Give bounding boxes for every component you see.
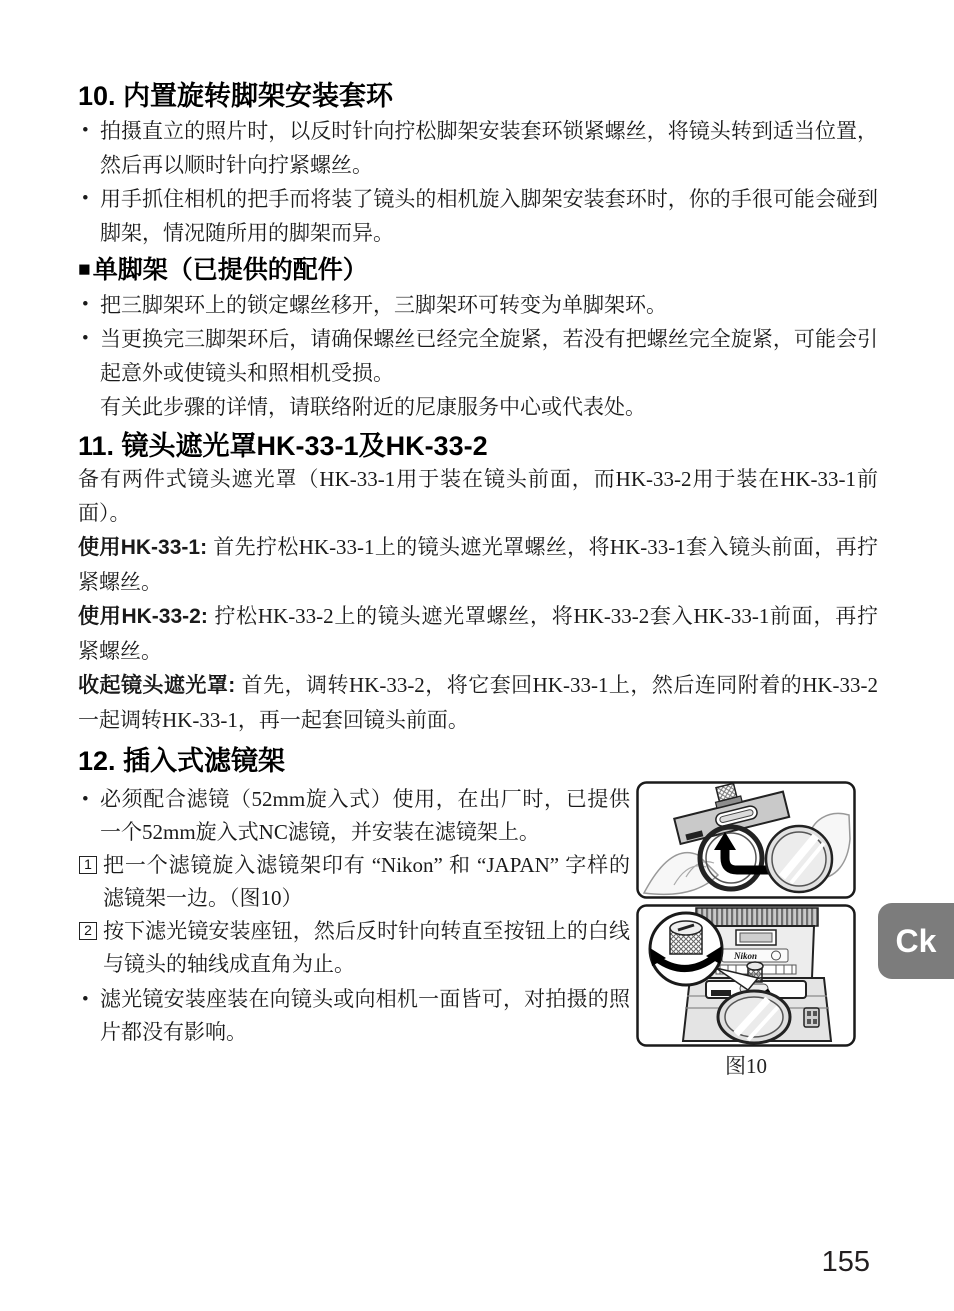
- section-11-stow: 收起镜头遮光罩: 首先，调转HK-33-2，将它套回HK-33-1上，然后连同附…: [78, 668, 878, 737]
- lens-filter-slot-illustration: Nikon: [636, 904, 856, 1047]
- bullet-icon: •: [82, 983, 89, 1016]
- list-item-text: 拍摄直立的照片时，以反时针向拧松脚架安装套环锁紧螺丝，将镜头转到适当位置，然后再…: [100, 119, 878, 177]
- figure-caption: 图10: [636, 1053, 856, 1079]
- section-12-list-bottom: • 滤光镜安装座装在向镜头或向相机一面皆可，对拍摄的照片都没有影响。: [78, 983, 630, 1049]
- list-item: • 必须配合滤镜（52mm旋入式）使用，在出厂时，已提供一个52mm旋入式NC滤…: [78, 783, 630, 849]
- chapter-tab-ck: Ck: [878, 903, 954, 979]
- figure-10-column: Nikon: [636, 781, 856, 1079]
- step-1-number-box: 1: [79, 856, 97, 874]
- section-10-heading: 10. 内置旋转脚架安装套环: [78, 80, 878, 112]
- square-bullet-icon: ■: [78, 254, 91, 286]
- bullet-icon: •: [82, 114, 89, 148]
- list-item: • 当更换完三脚架环后，请确保螺丝已经完全旋紧，若没有把螺丝完全旋紧，可能会引起…: [78, 322, 878, 390]
- numbered-step-2: 2 按下滤光镜安装座钮，然后反时针向转直至按钮上的白线与镜头的轴线成直角为止。: [78, 915, 630, 981]
- page-number: 155: [822, 1246, 870, 1278]
- list-item: • 用手抓住相机的把手而将装了镜头的相机旋入脚架安装套环时，你的手很可能会碰到脚…: [78, 182, 878, 250]
- monopod-list: • 把三脚架环上的锁定螺丝移开，三脚架环可转变为单脚架环。 • 当更换完三脚架环…: [78, 288, 878, 390]
- nikon-brand-label: Nikon: [733, 951, 757, 961]
- section-12-list-top: • 必须配合滤镜（52mm旋入式）使用，在出厂时，已提供一个52mm旋入式NC滤…: [78, 783, 630, 849]
- list-item-text: 当更换完三脚架环后，请确保螺丝已经完全旋紧，若没有把螺丝完全旋紧，可能会引起意外…: [100, 327, 878, 385]
- section-11-intro: 备有两件式镜头遮光罩（HK-33-1用于装在镜头前面，而HK-33-2用于装在H…: [78, 462, 878, 530]
- step-1-text: 把一个滤镜旋入滤镜架印有 “Nikon” 和 “JAPAN” 字样的滤镜架一边。…: [103, 853, 630, 910]
- bullet-icon: •: [82, 182, 89, 216]
- list-item: • 滤光镜安装座装在向镜头或向相机一面皆可，对拍摄的照片都没有影响。: [78, 983, 630, 1049]
- step-2-number-box: 2: [79, 922, 97, 940]
- numbered-step-1: 1 把一个滤镜旋入滤镜架印有 “Nikon” 和 “JAPAN” 字样的滤镜架一…: [78, 849, 630, 915]
- filter-holder-illustration: [636, 781, 856, 899]
- list-item-text: 把三脚架环上的锁定螺丝移开，三脚架环可转变为单脚架环。: [100, 293, 667, 317]
- page-content: 10. 内置旋转脚架安装套环 • 拍摄直立的照片时，以反时针向拧松脚架安装套环锁…: [78, 80, 878, 1079]
- stow-hood-label: 收起镜头遮光罩:: [78, 674, 242, 697]
- bullet-icon: •: [82, 288, 89, 322]
- manual-page: 10. 内置旋转脚架安装套环 • 拍摄直立的照片时，以反时针向拧松脚架安装套环锁…: [0, 0, 954, 1311]
- use-hk33-1-label: 使用HK-33-1:: [78, 536, 213, 559]
- list-item-text: 用手抓住相机的把手而将装了镜头的相机旋入脚架安装套环时，你的手很可能会碰到脚架，…: [100, 187, 878, 245]
- use-hk33-2-label: 使用HK-33-2:: [78, 605, 214, 628]
- monopod-heading-text: 单脚架（已提供的配件）: [93, 254, 368, 286]
- section-12-text-column: • 必须配合滤镜（52mm旋入式）使用，在出厂时，已提供一个52mm旋入式NC滤…: [78, 781, 630, 1079]
- section-11-use2: 使用HK-33-2: 拧松HK-33-2上的镜头遮光罩螺丝，将HK-33-2套入…: [78, 599, 878, 668]
- bullet-icon: •: [82, 322, 89, 356]
- step-2-text: 按下滤光镜安装座钮，然后反时针向转直至按钮上的白线与镜头的轴线成直角为止。: [103, 919, 630, 976]
- bullet-icon: •: [82, 783, 89, 816]
- monopod-note: 有关此步骤的详情，请联络附近的尼康服务中心或代表处。: [78, 390, 878, 424]
- list-item-text: 必须配合滤镜（52mm旋入式）使用，在出厂时，已提供一个52mm旋入式NC滤镜，…: [100, 787, 630, 844]
- section-12-heading: 12. 插入式滤镜架: [78, 745, 878, 777]
- list-item: • 拍摄直立的照片时，以反时针向拧松脚架安装套环锁紧螺丝，将镜头转到适当位置，然…: [78, 114, 878, 182]
- chapter-tab-label: Ck: [896, 923, 937, 960]
- list-item-text: 滤光镜安装座装在向镜头或向相机一面皆可，对拍摄的照片都没有影响。: [100, 987, 630, 1044]
- section-10-list: • 拍摄直立的照片时，以反时针向拧松脚架安装套环锁紧螺丝，将镜头转到适当位置，然…: [78, 114, 878, 250]
- monopod-heading: ■ 单脚架（已提供的配件）: [78, 254, 878, 286]
- section-11-use1: 使用HK-33-1: 首先拧松HK-33-1上的镜头遮光罩螺丝，将HK-33-1…: [78, 530, 878, 599]
- section-12-row: • 必须配合滤镜（52mm旋入式）使用，在出厂时，已提供一个52mm旋入式NC滤…: [78, 781, 878, 1079]
- list-item: • 把三脚架环上的锁定螺丝移开，三脚架环可转变为单脚架环。: [78, 288, 878, 322]
- section-11-heading: 11. 镜头遮光罩HK-33-1及HK-33-2: [78, 430, 878, 462]
